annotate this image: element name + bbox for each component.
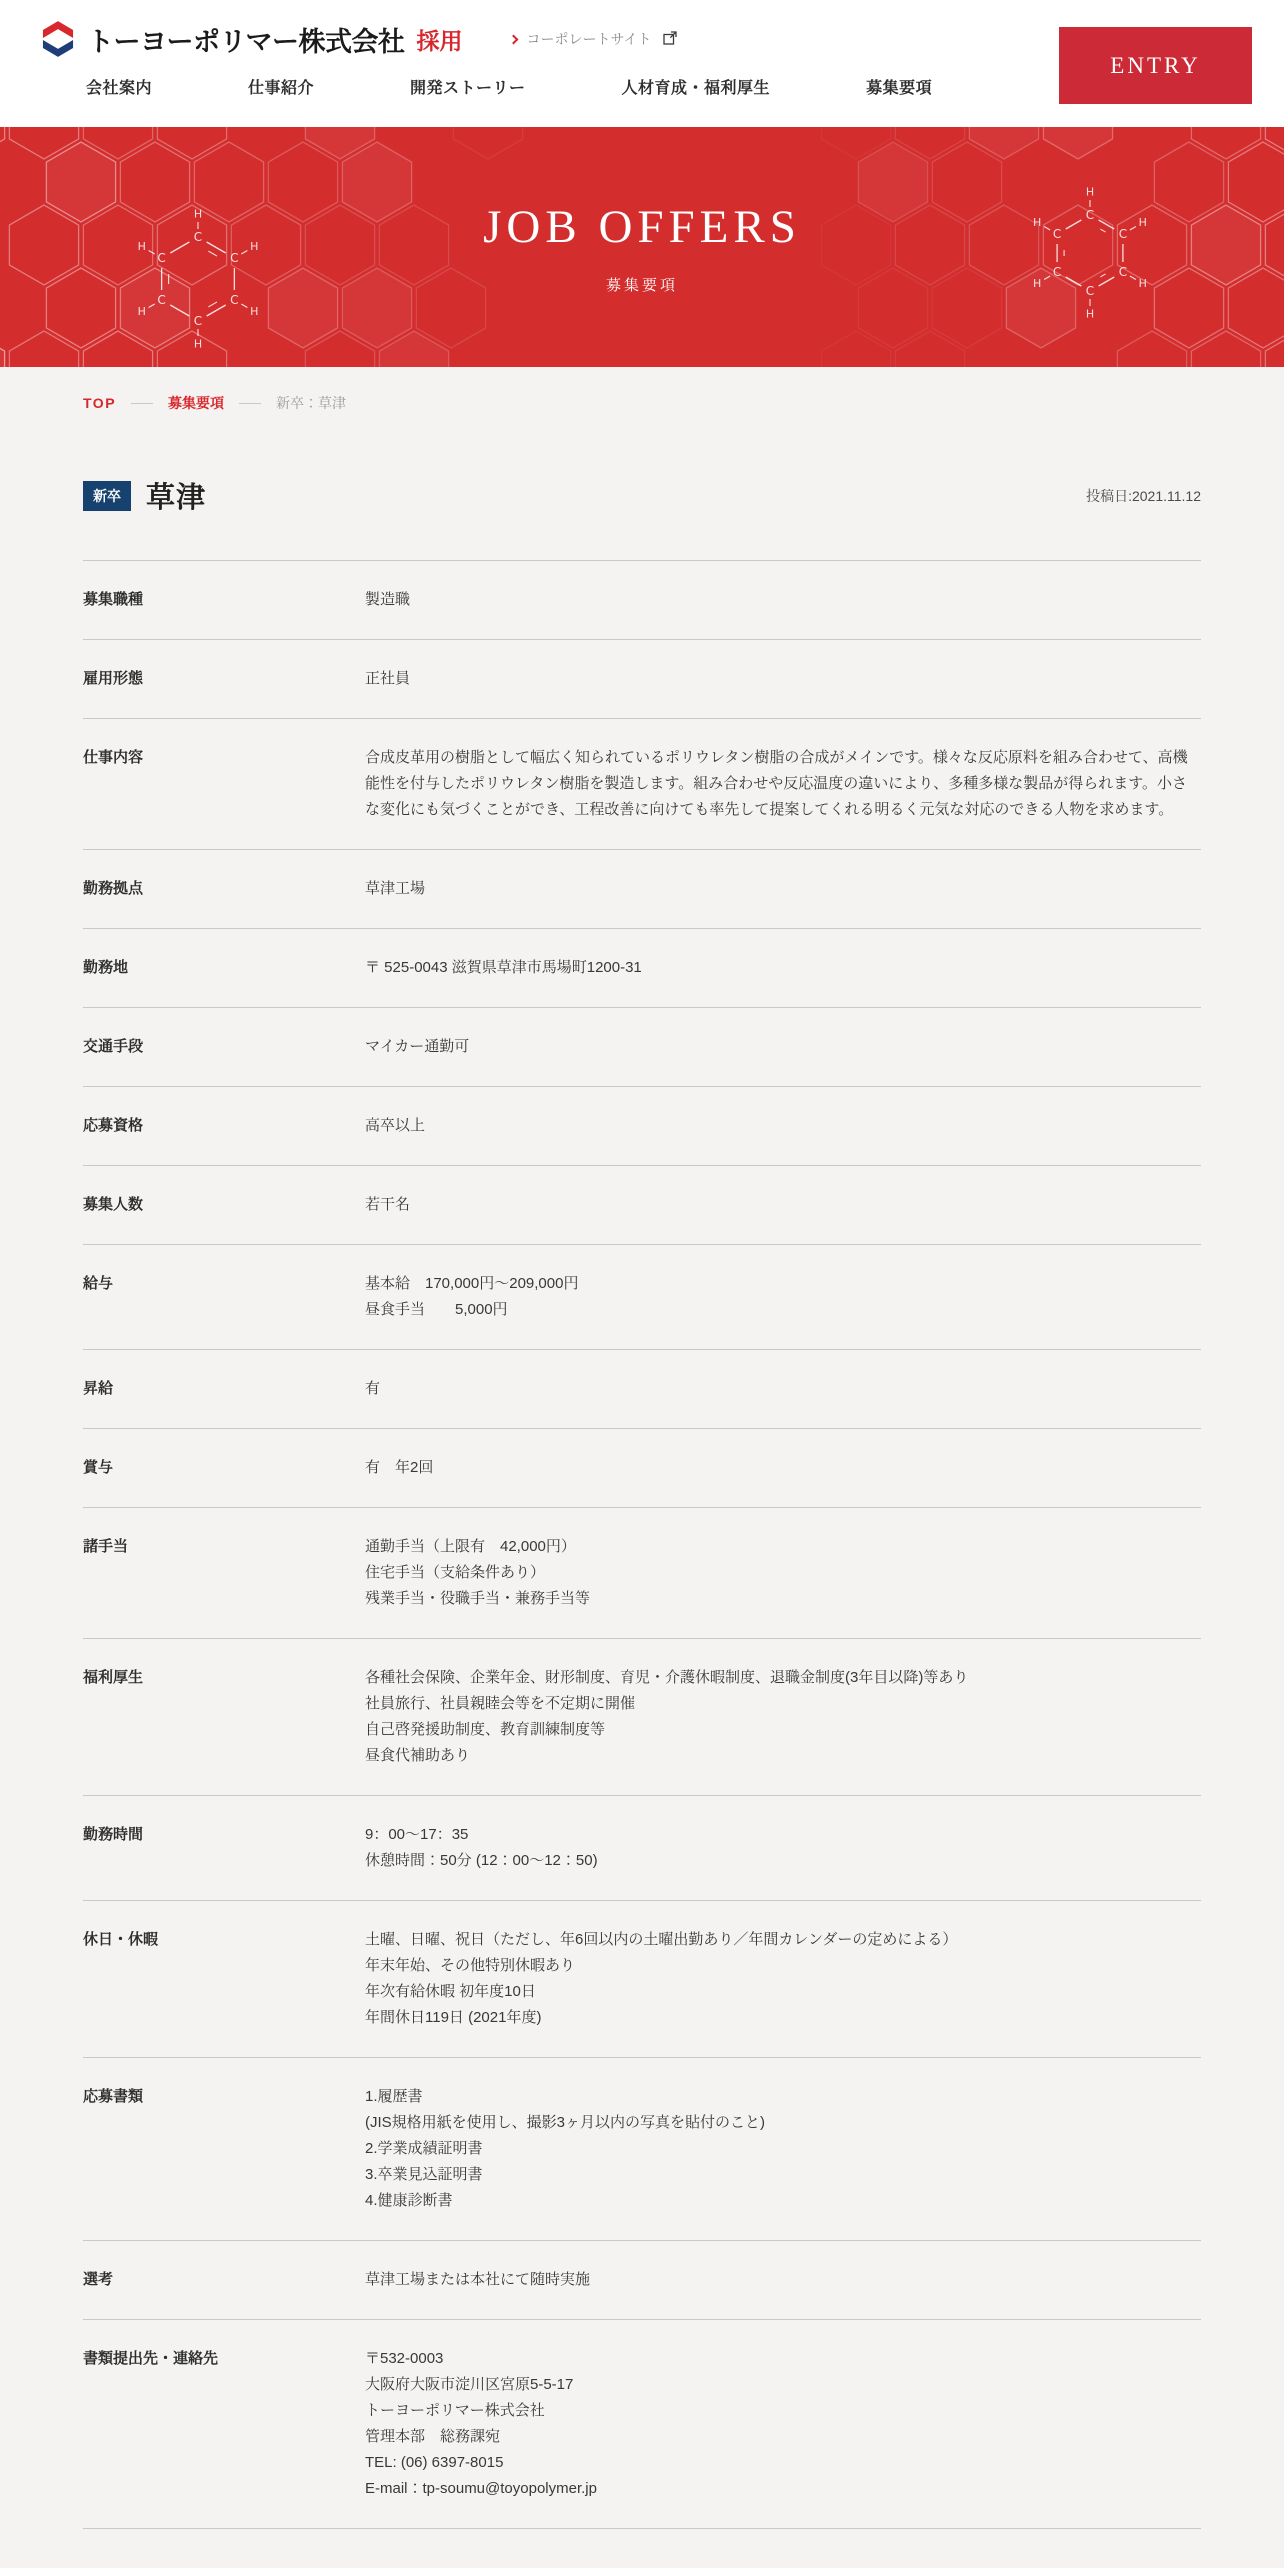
breadcrumb-top-link[interactable]: TOP <box>83 395 116 411</box>
nav-item-story[interactable]: 開発ストーリー <box>410 75 526 98</box>
row-label: 応募書類 <box>83 2084 365 2214</box>
row-value-line: 草津工場または本社にて随時実施 <box>365 2267 590 2293</box>
row-value: 各種社会保険、企業年金、財形制度、育児・介護休暇制度、退職金制度(3年目以降)等… <box>365 1665 968 1769</box>
row-value-line: 草津工場 <box>365 876 425 902</box>
breadcrumb-separator <box>131 403 153 404</box>
row-value: 〒532-0003大阪府大阪市淀川区宮原5-5-17トーヨーポリマー株式会社管理… <box>365 2346 597 2502</box>
row-value-line: E-mail：tp-soumu@toyopolymer.jp <box>365 2476 597 2502</box>
row-value: 土曜、日曜、祝日（ただし、年6回以内の土曜出勤あり／年間カレンダーの定めによる）… <box>365 1927 957 2031</box>
table-row: 賞与有 年2回 <box>83 1429 1201 1508</box>
job-table: 募集職種製造職雇用形態正社員仕事内容合成皮革用の樹脂として幅広く知られているポリ… <box>83 560 1201 2529</box>
row-value-line: 1.履歴書 <box>365 2084 765 2110</box>
row-label: 雇用形態 <box>83 666 365 692</box>
hero-banner: CHCHCHCHCHCHCHCHCHCHCHCH JOB OFFERS 募集要項 <box>0 127 1284 367</box>
hero-title: JOB OFFERS <box>483 200 801 254</box>
table-row: 諸手当通勤手当（上限有 42,000円）住宅手当（支給条件あり）残業手当・役職手… <box>83 1508 1201 1639</box>
row-value-line: 合成皮革用の樹脂として幅広く知られているポリウレタン樹脂の合成がメインです。様々… <box>365 745 1201 823</box>
row-label: 諸手当 <box>83 1534 365 1612</box>
row-value-line: 2.学業成績証明書 <box>365 2136 765 2162</box>
row-value-line: 9：00〜17：35 <box>365 1822 598 1848</box>
row-value-line: 基本給 170,000円〜209,000円 <box>365 1271 578 1297</box>
row-label: 勤務時間 <box>83 1822 365 1874</box>
corporate-site-label: コーポレートサイト <box>526 29 651 49</box>
row-label: 書類提出先・連絡先 <box>83 2346 365 2502</box>
row-label: 福利厚生 <box>83 1665 365 1769</box>
row-label: 応募資格 <box>83 1113 365 1139</box>
logo-link[interactable]: トーヨーポリマー株式会社 <box>42 20 404 59</box>
table-row: 仕事内容合成皮革用の樹脂として幅広く知られているポリウレタン樹脂の合成がメインで… <box>83 719 1201 850</box>
row-value: 〒 525-0043 滋賀県草津市馬場町1200-31 <box>365 955 642 981</box>
breadcrumb-separator <box>239 403 261 404</box>
nav-item-requirements[interactable]: 募集要項 <box>866 75 932 98</box>
row-label: 勤務拠点 <box>83 876 365 902</box>
job-title-row: 新卒 草津 投稿日:2021.11.12 <box>83 475 1201 516</box>
row-value-line: 休憩時間：50分 (12：00〜12：50) <box>365 1848 598 1874</box>
row-value-line: トーヨーポリマー株式会社 <box>365 2398 597 2424</box>
row-value-line: 各種社会保険、企業年金、財形制度、育児・介護休暇制度、退職金制度(3年目以降)等… <box>365 1665 968 1691</box>
row-value-line: 昼食代補助あり <box>365 1743 968 1769</box>
hero-inner: JOB OFFERS 募集要項 <box>0 127 1284 367</box>
table-row: 福利厚生各種社会保険、企業年金、財形制度、育児・介護休暇制度、退職金制度(3年目… <box>83 1639 1201 1796</box>
row-value: 有 年2回 <box>365 1455 433 1481</box>
row-value: 9：00〜17：35休憩時間：50分 (12：00〜12：50) <box>365 1822 598 1874</box>
row-value: 草津工場 <box>365 876 425 902</box>
row-value-line: 社員旅行、社員親睦会等を不定期に開催 <box>365 1691 968 1717</box>
row-value-line: 通勤手当（上限有 42,000円） <box>365 1534 590 1560</box>
row-value-line: 製造職 <box>365 587 410 613</box>
row-value-line: 残業手当・役職手当・兼務手当等 <box>365 1586 590 1612</box>
chevron-right-icon <box>509 35 519 45</box>
table-row: 応募書類1.履歴書(JIS規格用紙を使用し、撮影3ヶ月以内の写真を貼付のこと)2… <box>83 2058 1201 2241</box>
row-value-line: 4.健康診断書 <box>365 2188 765 2214</box>
row-value-line: 昼食手当 5,000円 <box>365 1297 578 1323</box>
table-row: 募集人数若干名 <box>83 1166 1201 1245</box>
row-value: 製造職 <box>365 587 410 613</box>
logo-hexagon-icon <box>42 20 74 58</box>
entry-button[interactable]: ENTRY <box>1059 27 1252 104</box>
row-label: 給与 <box>83 1271 365 1323</box>
table-row: 交通手段マイカー通勤可 <box>83 1008 1201 1087</box>
row-value-line: 大阪府大阪市淀川区宮原5-5-17 <box>365 2372 597 2398</box>
row-label: 募集職種 <box>83 587 365 613</box>
row-value-line: 正社員 <box>365 666 410 692</box>
row-value-line: 高卒以上 <box>365 1113 425 1139</box>
row-value-line: (JIS規格用紙を使用し、撮影3ヶ月以内の写真を貼付のこと) <box>365 2110 765 2136</box>
table-row: 募集職種製造職 <box>83 561 1201 640</box>
row-label: 選考 <box>83 2267 365 2293</box>
row-value: 合成皮革用の樹脂として幅広く知られているポリウレタン樹脂の合成がメインです。様々… <box>365 745 1201 823</box>
row-label: 昇給 <box>83 1376 365 1402</box>
nav-item-work[interactable]: 仕事紹介 <box>248 75 314 98</box>
nav-item-company[interactable]: 会社案内 <box>86 75 152 98</box>
nav-item-welfare[interactable]: 人材育成・福利厚生 <box>622 75 771 98</box>
breadcrumb: TOP 募集要項 新卒：草津 <box>83 367 1201 413</box>
row-value-line: TEL: (06) 6397-8015 <box>365 2450 597 2476</box>
external-link-icon <box>663 31 677 48</box>
row-value: 1.履歴書(JIS規格用紙を使用し、撮影3ヶ月以内の写真を貼付のこと)2.学業成… <box>365 2084 765 2214</box>
row-value-line: 住宅手当（支給条件あり） <box>365 1560 590 1586</box>
row-value-line: 土曜、日曜、祝日（ただし、年6回以内の土曜出勤あり／年間カレンダーの定めによる） <box>365 1927 957 1953</box>
row-value-line: 管理本部 総務課宛 <box>365 2424 597 2450</box>
row-value: 有 <box>365 1376 380 1402</box>
row-value: 草津工場または本社にて随時実施 <box>365 2267 590 2293</box>
posted-date: 投稿日:2021.11.12 <box>1086 486 1201 506</box>
table-row: 応募資格高卒以上 <box>83 1087 1201 1166</box>
row-value-line: 年次有給休暇 初年度10日 <box>365 1979 957 2005</box>
row-value-line: 若干名 <box>365 1192 410 1218</box>
row-value-line: 年末年始、その他特別休暇あり <box>365 1953 957 1979</box>
logo-tag-recruit: 採用 <box>416 23 462 56</box>
table-row: 雇用形態正社員 <box>83 640 1201 719</box>
row-label: 勤務地 <box>83 955 365 981</box>
hero-subtitle: 募集要項 <box>606 274 678 295</box>
table-row: 休日・休暇土曜、日曜、祝日（ただし、年6回以内の土曜出勤あり／年間カレンダーの定… <box>83 1901 1201 2058</box>
row-label: 募集人数 <box>83 1192 365 1218</box>
table-row: 昇給有 <box>83 1350 1201 1429</box>
logo-text: トーヨーポリマー株式会社 <box>87 20 404 59</box>
row-value: 基本給 170,000円〜209,000円昼食手当 5,000円 <box>365 1271 578 1323</box>
row-value-line: 〒 525-0043 滋賀県草津市馬場町1200-31 <box>365 955 642 981</box>
row-value-line: 〒532-0003 <box>365 2346 597 2372</box>
row-value: 若干名 <box>365 1192 410 1218</box>
breadcrumb-current: 新卒：草津 <box>276 393 346 413</box>
row-value-line: 有 年2回 <box>365 1455 433 1481</box>
table-row: 書類提出先・連絡先〒532-0003大阪府大阪市淀川区宮原5-5-17トーヨーポ… <box>83 2320 1201 2529</box>
row-value-line: 自己啓発援助制度、教育訓練制度等 <box>365 1717 968 1743</box>
row-value: 高卒以上 <box>365 1113 425 1139</box>
row-label: 休日・休暇 <box>83 1927 365 2031</box>
site-header: トーヨーポリマー株式会社 採用 コーポレートサイト 会社案内 仕事紹介 開発スト… <box>0 0 1284 127</box>
table-row: 給与基本給 170,000円〜209,000円昼食手当 5,000円 <box>83 1245 1201 1350</box>
row-value: マイカー通勤可 <box>365 1034 469 1060</box>
table-row: 勤務時間9：00〜17：35休憩時間：50分 (12：00〜12：50) <box>83 1796 1201 1901</box>
row-value-line: マイカー通勤可 <box>365 1034 469 1060</box>
new-graduate-badge: 新卒 <box>83 481 131 511</box>
page: トーヨーポリマー株式会社 採用 コーポレートサイト 会社案内 仕事紹介 開発スト… <box>0 0 1284 2529</box>
row-label: 交通手段 <box>83 1034 365 1060</box>
row-label: 仕事内容 <box>83 745 365 823</box>
row-value-line: 3.卒業見込証明書 <box>365 2162 765 2188</box>
breadcrumb-section-link[interactable]: 募集要項 <box>168 393 224 413</box>
corporate-site-link[interactable]: コーポレートサイト <box>510 29 676 49</box>
row-value: 通勤手当（上限有 42,000円）住宅手当（支給条件あり）残業手当・役職手当・兼… <box>365 1534 590 1612</box>
table-row: 勤務拠点草津工場 <box>83 850 1201 929</box>
row-label: 賞与 <box>83 1455 365 1481</box>
page-title: 草津 <box>146 475 206 516</box>
row-value-line: 年間休日119日 (2021年度) <box>365 2005 957 2031</box>
row-value: 正社員 <box>365 666 410 692</box>
row-value-line: 有 <box>365 1376 380 1402</box>
table-row: 選考草津工場または本社にて随時実施 <box>83 2241 1201 2320</box>
table-row: 勤務地〒 525-0043 滋賀県草津市馬場町1200-31 <box>83 929 1201 1008</box>
main-content: TOP 募集要項 新卒：草津 新卒 草津 投稿日:2021.11.12 募集職種… <box>83 367 1201 2529</box>
